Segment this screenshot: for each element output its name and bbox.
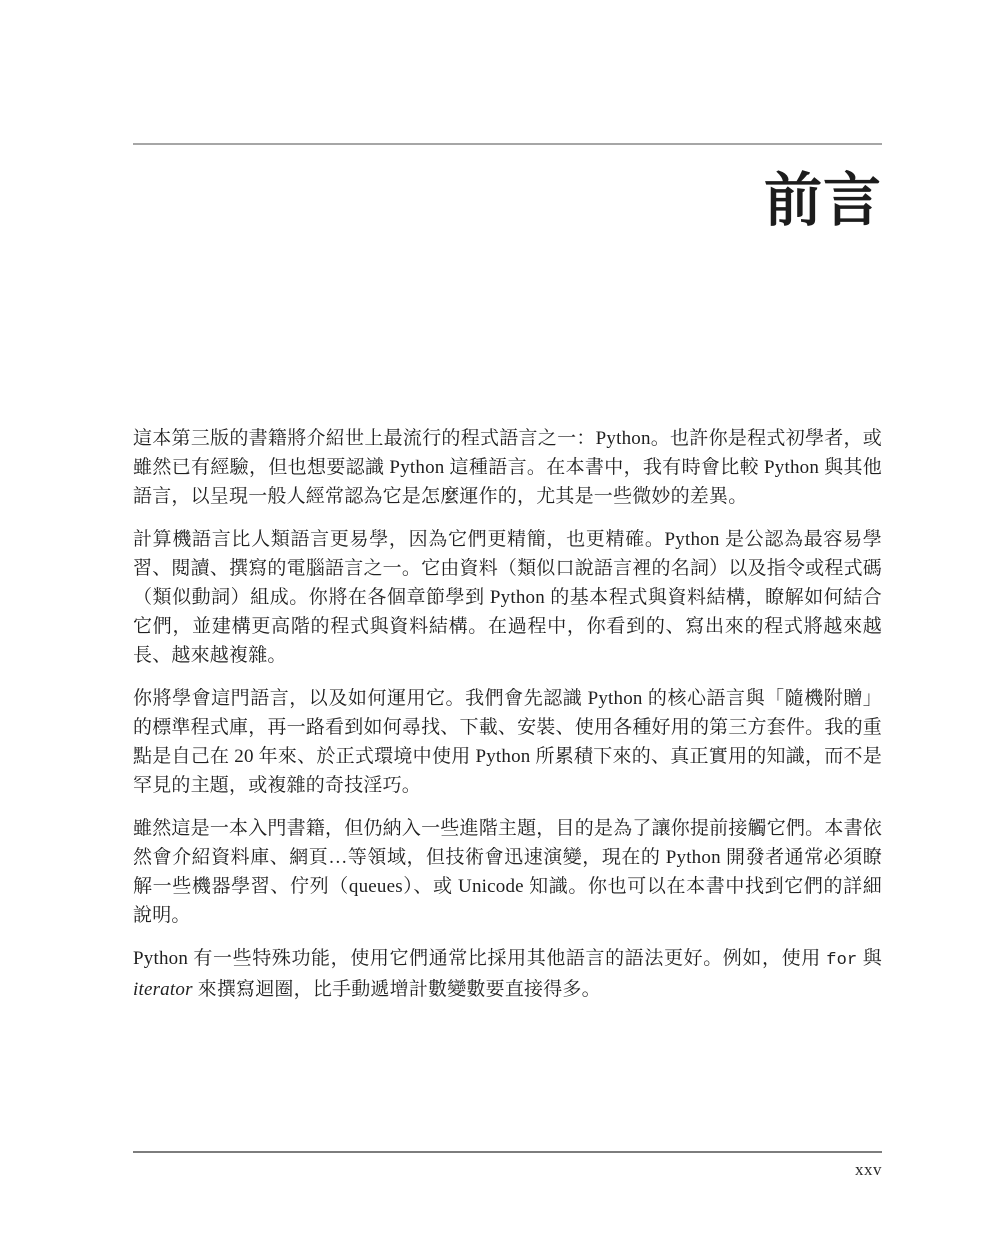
text-run: 與 (857, 948, 882, 969)
paragraph: 計算機語言比人類語言更易學，因為它們更精簡，也更精確。Python 是公認為最容… (133, 525, 882, 670)
text-run: 你將學會這門語言，以及如何運用它。我們會先認識 Python 的核心語言與「隨機… (133, 688, 882, 796)
book-page: 前言 這本第三版的書籍將介紹世上最流行的程式語言之一：Python。也許你是程式… (0, 0, 1000, 1242)
text-run: 這本第三版的書籍將介紹世上最流行的程式語言之一：Python。也許你是程式初學者… (133, 428, 882, 507)
text-run: 計算機語言比人類語言更易學，因為它們更精簡，也更精確。Python 是公認為最容… (133, 529, 882, 666)
footer-rule (133, 1151, 882, 1153)
text-run: 雖然這是一本入門書籍，但仍納入一些進階主題，目的是為了讓你提前接觸它們。本書依然… (133, 818, 882, 926)
header-rule (133, 143, 882, 145)
page-number: xxv (855, 1160, 882, 1180)
page-title: 前言 (764, 170, 882, 232)
paragraph: 你將學會這門語言，以及如何運用它。我們會先認識 Python 的核心語言與「隨機… (133, 684, 882, 800)
text-run: 來撰寫迴圈，比手動遞增計數變數要直接得多。 (193, 979, 601, 1000)
paragraph: 這本第三版的書籍將介紹世上最流行的程式語言之一：Python。也許你是程式初學者… (133, 424, 882, 511)
italic-term: iterator (133, 979, 193, 1000)
paragraph: Python 有一些特殊功能，使用它們通常比採用其他語言的語法更好。例如，使用 … (133, 944, 882, 1004)
text-run: Python 有一些特殊功能，使用它們通常比採用其他語言的語法更好。例如，使用 (133, 948, 826, 969)
inline-code: for (826, 951, 857, 970)
paragraph: 雖然這是一本入門書籍，但仍納入一些進階主題，目的是為了讓你提前接觸它們。本書依然… (133, 814, 882, 930)
page-body: 這本第三版的書籍將介紹世上最流行的程式語言之一：Python。也許你是程式初學者… (133, 424, 882, 1004)
